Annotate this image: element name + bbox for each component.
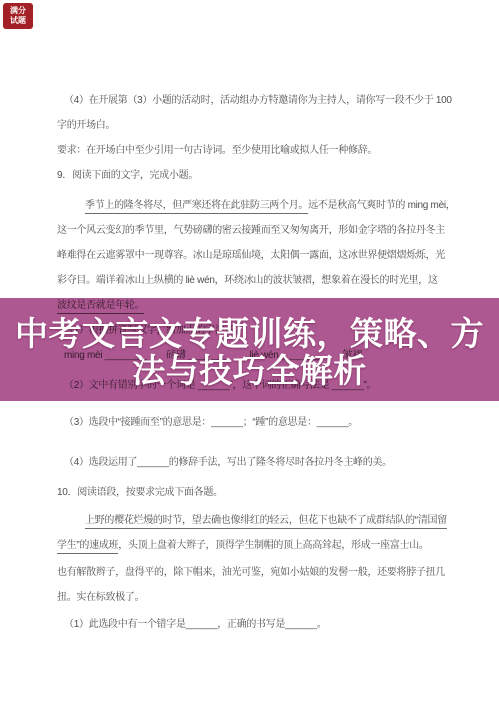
overlay-title-line1: 中考文言文专题训练，策略、方 (0, 315, 499, 352)
line-text: 远不是秋高气爽时节的 ming mèi， (308, 200, 455, 211)
line-text: （4）在开展第（3）小题的活动时，活动组办方特邀请你为主持人，请你写一段不少于 … (64, 95, 452, 106)
doc-line: （4）选段运用了______的修辞手法，写出了隆冬将尽时各拉丹冬主峰的美。 (57, 450, 499, 475)
line-text: 10．阅读语段，按要求完成下面各题。 (57, 487, 223, 498)
passage-line: 季节上的隆冬将尽，但严寒还将在此驻防三两个月。远不是秋高气爽时节的 ming m… (57, 193, 499, 218)
line-text: （4）选段运用了______的修辞手法，写出了隆冬将尽时各拉丹冬主峰的美。 (64, 457, 392, 468)
line-text: 9．阅读下面的文字，完成小题。 (57, 170, 198, 181)
corner-badge-line1: 满分 (3, 6, 33, 16)
passage-line: 学生”的速成班，头顶上盘着大辫子，顶得学生制帽的顶上高高耸起，形成一座富士山。 (57, 533, 499, 558)
doc-line: 要求：在开场白中至少引用一句古诗词。至少使用比喻或拟人任一种修辞。 (57, 138, 499, 163)
line-text: （3）选段中“接踵而至”的意思是：______；“踵”的意思是：______。 (64, 417, 358, 428)
doc-line-question-9: 9．阅读下面的文字，完成小题。 (57, 163, 499, 188)
passage-line: 峰难得在云遮雾罩中一现尊容。冰山是琼瑶仙境，太阳偶一露面，这冰世界便熠熠烁烁，光 (57, 243, 499, 268)
passage-line: 也有解散辫子，盘得平的，除下帽来，油光可鉴，宛如小姑娘的发髻一般，还要将脖子扭几 (57, 560, 499, 585)
doc-line: （3）选段中“接踵而至”的意思是：______；“踵”的意思是：______。 (57, 410, 499, 435)
passage-line: 彩夺目。端详着冰山上纵横的 liè wén，环绕冰山的波状皱褶，想象着在漫长的时… (57, 268, 499, 293)
line-text: 也有解散辫子，盘得平的，除下帽来，油光可鉴，宛如小姑娘的发髻一般，还要将脖子扭几 (57, 567, 445, 578)
doc-line-question-10: 10．阅读语段，按要求完成下面各题。 (57, 480, 499, 505)
line-text: 字的开场白。 (57, 120, 115, 131)
corner-badge-line2: 试题 (3, 16, 33, 26)
passage-line: 扭。实在标致极了。 (57, 585, 499, 610)
doc-line: （1）此选段中有一个错字是______，正确的书写是______。 (57, 612, 499, 637)
line-text: 峰难得在云遮雾罩中一现尊容。冰山是琼瑶仙境，太阳偶一露面，这冰世界便熠熠烁烁，光 (57, 250, 445, 261)
line-text: 彩夺目。端详着冰山上纵横的 liè wén，环绕冰山的波状皱褶，想象着在漫长的时… (57, 275, 438, 286)
article-cover: （4）在开展第（3）小题的活动时，活动组办方特邀请你为主持人，请你写一段不少于 … (0, 0, 499, 706)
overlay-title-line2: 法与技巧全解析 (0, 352, 499, 389)
line-text: 扭。实在标致极了。 (57, 592, 144, 603)
line-text: 要求：在开场白中至少引用一句古诗词。至少使用比喻或拟人任一种修辞。 (57, 145, 377, 156)
corner-badge: 满分 试题 (3, 3, 33, 29)
doc-line: 字的开场白。 (57, 113, 499, 138)
line-text: （1）此选段中有一个错字是______，正确的书写是______。 (64, 619, 326, 630)
underlined-text: 学生”的速成班 (57, 540, 118, 554)
passage-line: 这一个风云变幻的季节里，气势磅礴的密云接踵而至又匆匆离开，形如金字塔的各拉丹冬主 (57, 218, 499, 243)
underlined-text: 季节上的隆冬将尽，但严寒还将在此驻防三两个月。 (85, 200, 308, 214)
line-text: 这一个风云变幻的季节里，气势磅礴的密云接踵而至又匆匆离开，形如金字塔的各拉丹冬主 (57, 225, 445, 236)
passage-line: 上野的樱花烂熳的时节，望去确也像绯红的轻云，但花下也缺不了成群结队的“清国留 (57, 508, 499, 533)
overlay-title: 中考文言文专题训练，策略、方 法与技巧全解析 (0, 315, 499, 389)
underlined-text: 上野的樱花烂熳的时节，望去确也像绯红的轻云，但花下也缺不了成群结队的“清国留 (85, 515, 447, 529)
line-text: ，头顶上盘着大辫子，顶得学生制帽的顶上高高耸起，形成一座富士山。 (118, 540, 428, 551)
doc-line: （4）在开展第（3）小题的活动时，活动组办方特邀请你为主持人，请你写一段不少于 … (57, 88, 499, 113)
